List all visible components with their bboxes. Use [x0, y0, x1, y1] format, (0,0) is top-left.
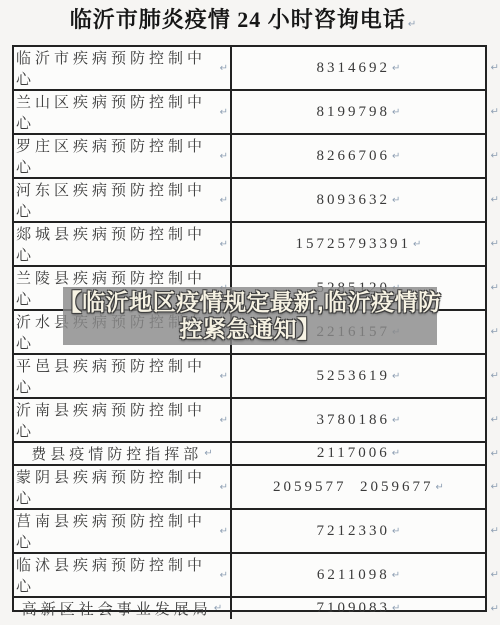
- phone-number: 5253619: [317, 368, 391, 385]
- row-end-paragraph-mark-icon: ↵: [491, 603, 499, 614]
- phone-number: 2059577 2059677: [273, 479, 434, 496]
- table-row: 郯城县疾病预防控制中心↵ 15725793391↵ ↵: [14, 221, 485, 265]
- paragraph-mark-icon: ↵: [220, 415, 228, 426]
- watermark-overlay: 【临沂地区疫情规定最新,临沂疫情防 控紧急通知】: [63, 287, 437, 345]
- phone-number: 8266706: [317, 148, 391, 165]
- paragraph-mark-icon: ↵: [392, 570, 400, 581]
- table-row: 费县疫情防控指挥部↵ 2117006↵ ↵: [14, 441, 485, 464]
- row-end-paragraph-mark-icon: ↵: [491, 283, 499, 294]
- org-name: 高新区社会事业发展局: [22, 598, 212, 619]
- phone-number: 7212330: [317, 523, 391, 540]
- org-name-cell: 莒南县疾病预防控制中心↵: [14, 510, 232, 552]
- org-name-cell: 临沂市疾病预防控制中心↵: [14, 47, 232, 89]
- row-end-paragraph-mark-icon: ↵: [491, 107, 499, 118]
- phone-cell: 2059577 2059677↵: [232, 466, 485, 508]
- paragraph-mark-icon: ↵: [220, 482, 228, 493]
- watermark-line-2: 控紧急通知】: [180, 316, 321, 343]
- table-row: 沂南县疾病预防控制中心↵ 3780186↵ ↵: [14, 397, 485, 441]
- paragraph-mark-icon: ↵: [392, 526, 400, 537]
- page-title: 临沂市肺炎疫情 24 小时咨询电话: [70, 7, 406, 32]
- org-name: 费县疫情防控指挥部: [31, 443, 202, 464]
- org-name-cell: 高新区社会事业发展局↵: [14, 598, 232, 619]
- phone-cell: 7109083↵: [232, 598, 485, 619]
- row-end-paragraph-mark-icon: ↵: [491, 195, 499, 206]
- row-end-paragraph-mark-icon: ↵: [491, 415, 499, 426]
- paragraph-mark-icon: ↵: [204, 448, 212, 459]
- org-name-cell: 临沭县疾病预防控制中心↵: [14, 554, 232, 596]
- org-name-cell: 罗庄区疾病预防控制中心↵: [14, 135, 232, 177]
- org-name-cell: 沂南县疾病预防控制中心↵: [14, 399, 232, 441]
- paragraph-mark-icon: ↵: [413, 239, 421, 250]
- phone-number: 2117006: [317, 445, 390, 462]
- paragraph-mark-icon: ↵: [392, 371, 400, 382]
- org-name: 沂南县疾病预防控制中心: [16, 399, 218, 441]
- phone-cell: 8314692↵: [232, 47, 485, 89]
- row-end-paragraph-mark-icon: ↵: [491, 570, 499, 581]
- phone-number: 6211098: [317, 567, 390, 584]
- paragraph-mark-icon: ↵: [392, 195, 400, 206]
- org-name: 罗庄区疾病预防控制中心: [16, 135, 218, 177]
- org-name: 临沂市疾病预防控制中心: [16, 47, 218, 89]
- phone-cell: 8266706↵: [232, 135, 485, 177]
- paragraph-mark-icon: ↵: [392, 603, 400, 614]
- table-row: 平邑县疾病预防控制中心↵ 5253619↵ ↵: [14, 353, 485, 397]
- phone-cell: 7212330↵: [232, 510, 485, 552]
- row-end-paragraph-mark-icon: ↵: [491, 448, 499, 459]
- paragraph-mark-icon: ↵: [392, 63, 400, 74]
- org-name-cell: 费县疫情防控指挥部↵: [14, 443, 232, 464]
- org-name: 平邑县疾病预防控制中心: [16, 355, 218, 397]
- org-name-cell: 河东区疾病预防控制中心↵: [14, 179, 232, 221]
- org-name: 临沭县疾病预防控制中心: [16, 554, 218, 596]
- paragraph-mark-icon: ↵: [220, 239, 228, 250]
- paragraph-mark-icon: ↵: [392, 415, 400, 426]
- paragraph-mark-icon: ↵: [220, 107, 228, 118]
- watermark-line-1: 【临沂地区疫情规定最新,临沂疫情防: [59, 289, 442, 316]
- paragraph-mark-icon: ↵: [220, 63, 228, 74]
- phone-number: 15725793391: [296, 236, 412, 253]
- paragraph-mark-icon: ↵: [392, 107, 400, 118]
- paragraph-mark-icon: ↵: [436, 482, 444, 493]
- document-page: 临沂市肺炎疫情 24 小时咨询电话↵ 临沂市疾病预防控制中心↵ 8314692↵…: [0, 0, 500, 625]
- table-row: 高新区社会事业发展局↵ 7109083↵ ↵: [14, 596, 485, 619]
- row-end-paragraph-mark-icon: ↵: [491, 482, 499, 493]
- phone-cell: 3780186↵: [232, 399, 485, 441]
- table-row: 蒙阴县疾病预防控制中心↵ 2059577 2059677↵ ↵: [14, 464, 485, 508]
- phone-cell: 6211098↵: [232, 554, 485, 596]
- org-name-cell: 平邑县疾病预防控制中心↵: [14, 355, 232, 397]
- paragraph-mark-icon: ↵: [220, 195, 228, 206]
- row-end-paragraph-mark-icon: ↵: [491, 526, 499, 537]
- table-row: 莒南县疾病预防控制中心↵ 7212330↵ ↵: [14, 508, 485, 552]
- title-row: 临沂市肺炎疫情 24 小时咨询电话↵: [0, 3, 486, 34]
- table-row: 临沭县疾病预防控制中心↵ 6211098↵ ↵: [14, 552, 485, 596]
- paragraph-mark-icon: ↵: [392, 151, 400, 162]
- org-name: 蒙阴县疾病预防控制中心: [16, 466, 218, 508]
- phone-number: 7109083: [317, 600, 391, 617]
- org-name-cell: 郯城县疾病预防控制中心↵: [14, 223, 232, 265]
- phone-cell: 8199798↵: [232, 91, 485, 133]
- org-name: 河东区疾病预防控制中心: [16, 179, 218, 221]
- paragraph-mark-icon: ↵: [214, 603, 222, 614]
- phone-number: 3780186: [317, 412, 391, 429]
- paragraph-mark-icon: ↵: [408, 19, 416, 30]
- paragraph-mark-icon: ↵: [220, 371, 228, 382]
- table-row: 河东区疾病预防控制中心↵ 8093632↵ ↵: [14, 177, 485, 221]
- table-row: 临沂市疾病预防控制中心↵ 8314692↵ ↵: [14, 47, 485, 89]
- row-end-paragraph-mark-icon: ↵: [491, 327, 499, 338]
- paragraph-mark-icon: ↵: [220, 151, 228, 162]
- row-end-paragraph-mark-icon: ↵: [491, 371, 499, 382]
- row-end-paragraph-mark-icon: ↵: [491, 239, 499, 250]
- row-end-paragraph-mark-icon: ↵: [491, 63, 499, 74]
- paragraph-mark-icon: ↵: [220, 570, 228, 581]
- phone-cell: 5253619↵: [232, 355, 485, 397]
- phone-number: 8314692: [317, 60, 391, 77]
- phone-cell: 15725793391↵: [232, 223, 485, 265]
- org-name-cell: 兰山区疾病预防控制中心↵: [14, 91, 232, 133]
- paragraph-mark-icon: ↵: [392, 448, 400, 459]
- table-row: 罗庄区疾病预防控制中心↵ 8266706↵ ↵: [14, 133, 485, 177]
- paragraph-mark-icon: ↵: [220, 526, 228, 537]
- org-name-cell: 蒙阴县疾病预防控制中心↵: [14, 466, 232, 508]
- phone-cell: 8093632↵: [232, 179, 485, 221]
- phone-number: 8199798: [317, 104, 391, 121]
- org-name: 莒南县疾病预防控制中心: [16, 510, 218, 552]
- table-row: 兰山区疾病预防控制中心↵ 8199798↵ ↵: [14, 89, 485, 133]
- phone-cell: 2117006↵: [232, 443, 485, 464]
- phone-number: 8093632: [317, 192, 391, 209]
- org-name: 兰山区疾病预防控制中心: [16, 91, 218, 133]
- row-end-paragraph-mark-icon: ↵: [491, 151, 499, 162]
- org-name: 郯城县疾病预防控制中心: [16, 223, 218, 265]
